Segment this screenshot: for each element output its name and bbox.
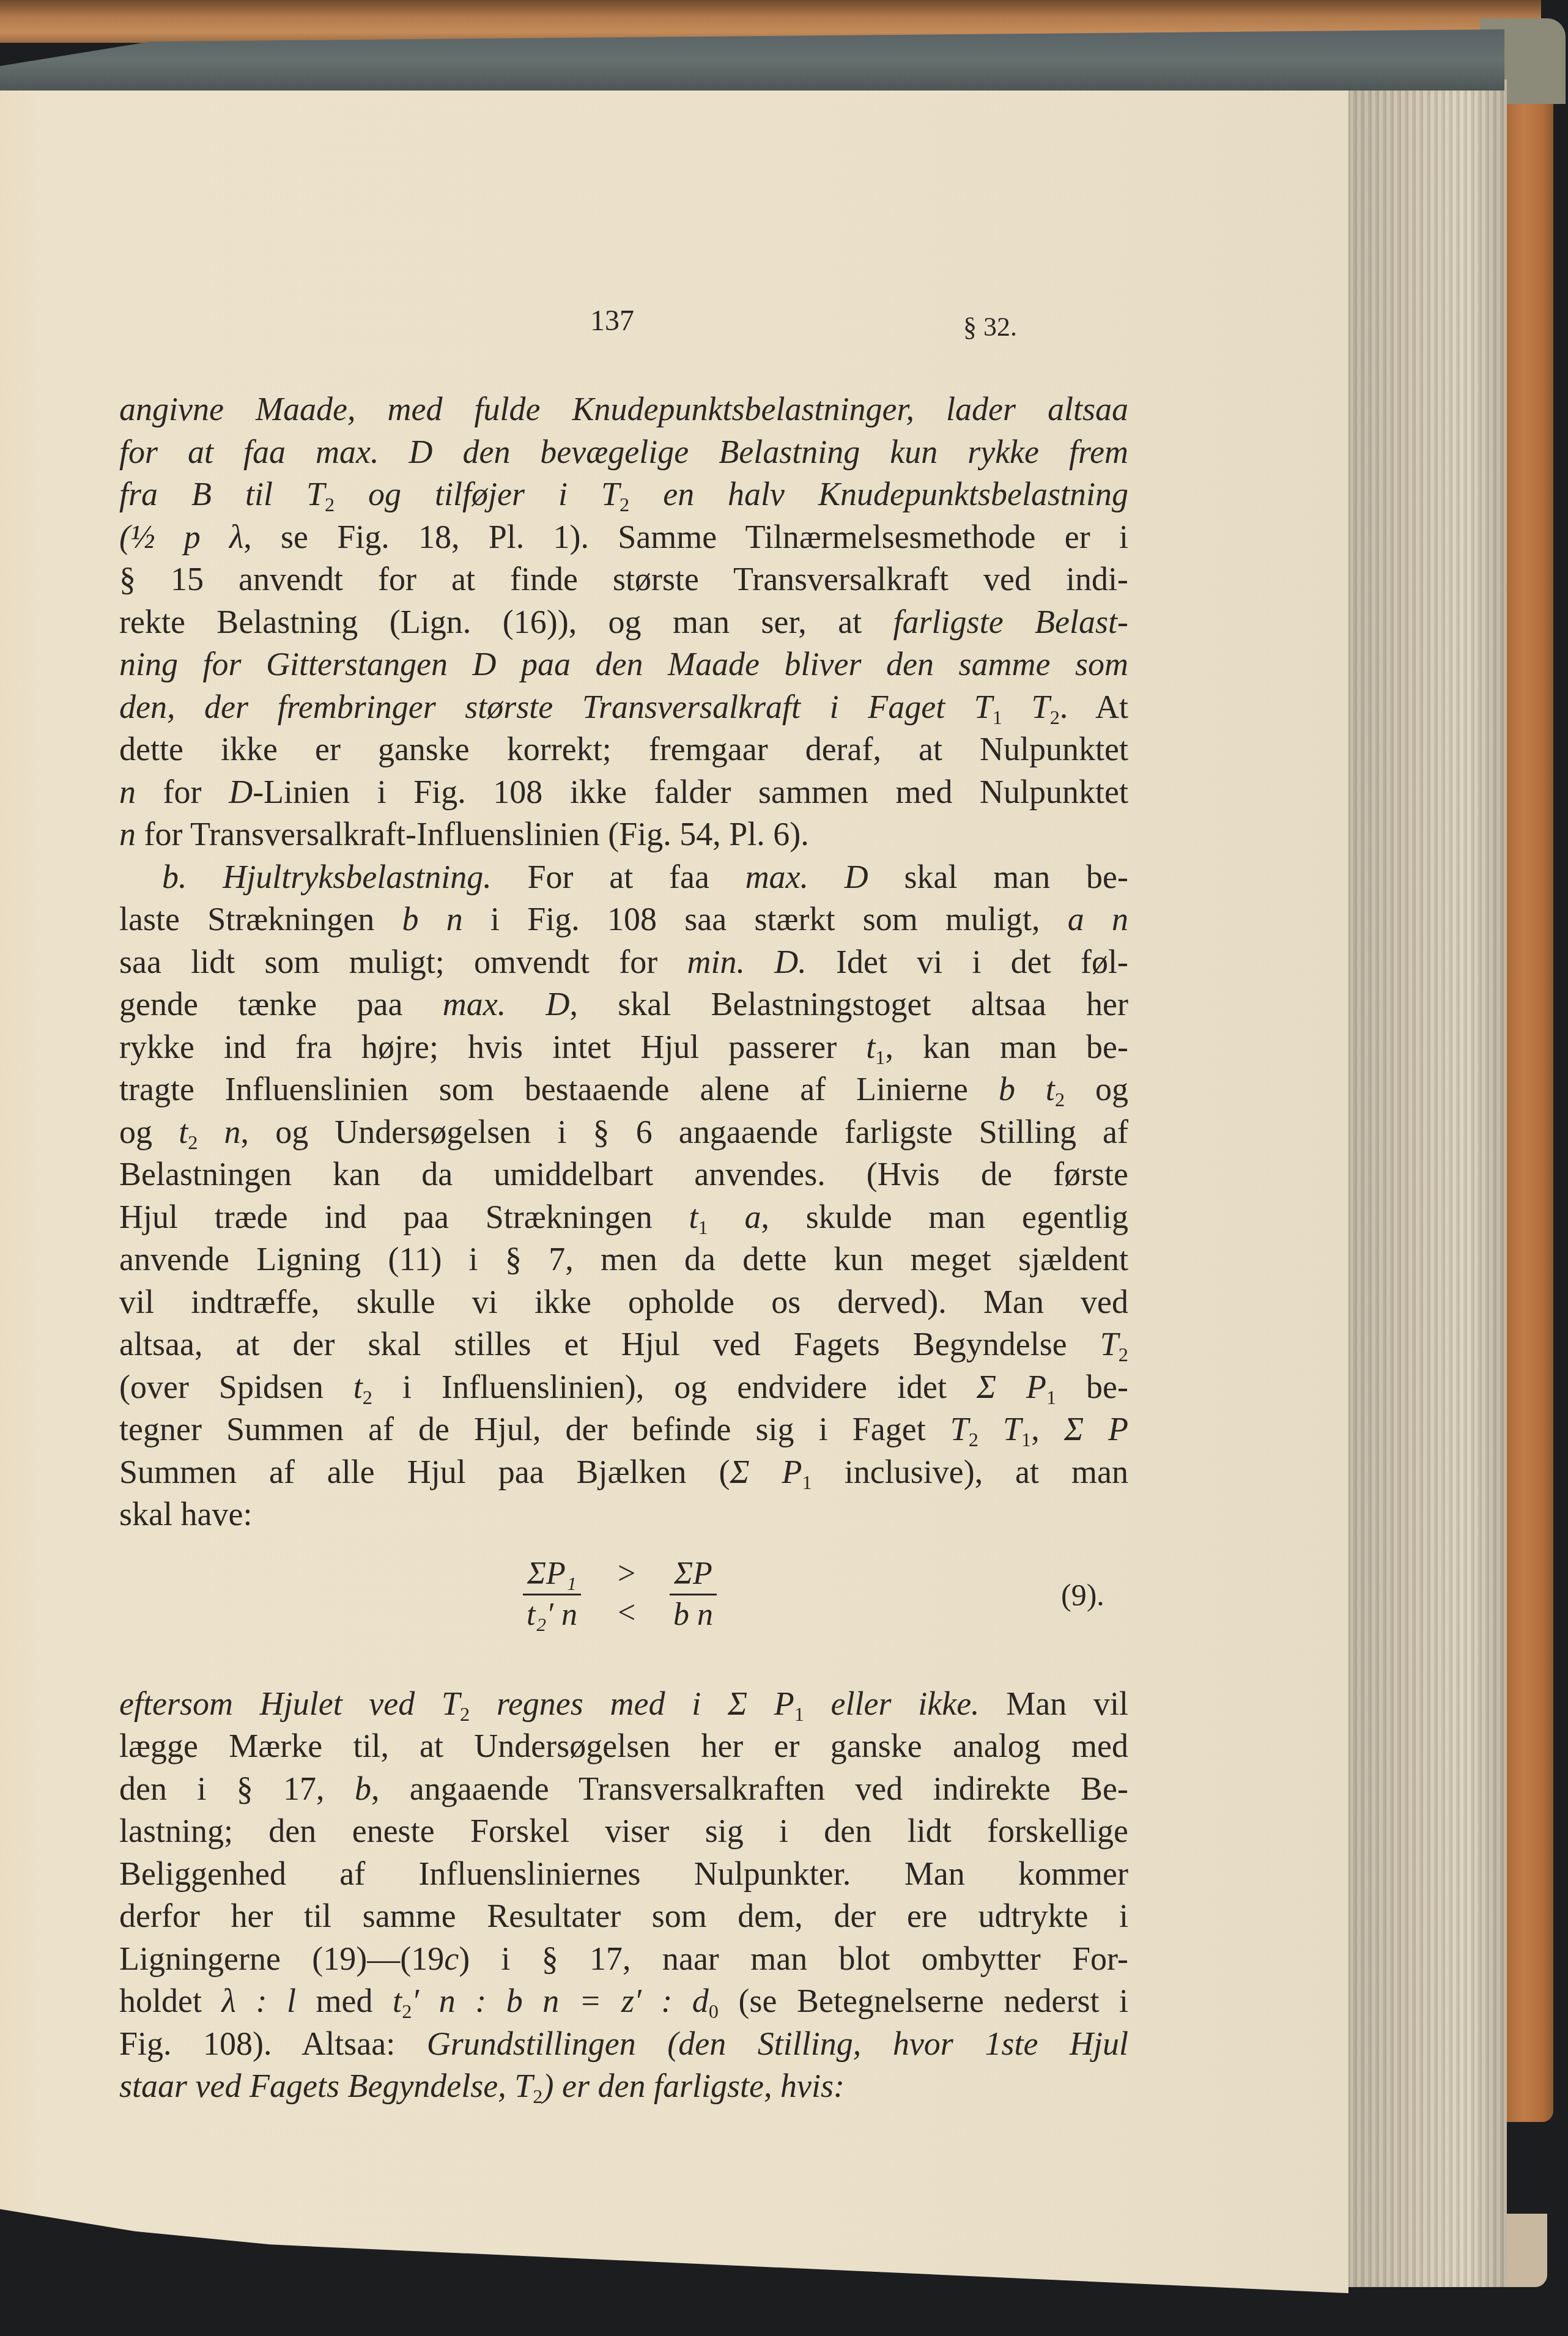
- text-segment: tegner Summen af de Hjul, der befinde si…: [119, 1411, 950, 1447]
- text-segment: rekte Belastning (Lign. (16)), og man se…: [119, 604, 893, 640]
- text-line: (over Spidsen t2 i Influenslinien), og e…: [119, 1366, 1128, 1409]
- text-segment: for at faa max. D den bevægelige Belastn…: [119, 434, 1128, 470]
- text-segment: t: [179, 1114, 188, 1150]
- text-segment: (½ p λ: [119, 519, 243, 555]
- text-line: holdet λ : l med t2′ n : b n = z′ : d0 (…: [119, 1980, 1128, 2023]
- text-segment: skal have:: [119, 1496, 252, 1532]
- text-block: 137 § 32. angivne Maade, med fulde Knude…: [119, 287, 1128, 2108]
- text-segment: , skulde man egentlig: [761, 1199, 1128, 1235]
- subscript: 1: [1021, 1429, 1031, 1451]
- text-segment: b n: [402, 901, 462, 937]
- text-segment: inclusive), at man: [812, 1454, 1128, 1490]
- text-segment: Beliggenhed af Influensliniernes Nulpunk…: [119, 1855, 1128, 1892]
- text-line: Beliggenhed af Influensliniernes Nulpunk…: [119, 1853, 1128, 1896]
- subscript: 2: [1050, 706, 1060, 728]
- text-segment: max. D: [443, 986, 570, 1022]
- text-line: Belastningen kan da umiddelbart anvendes…: [119, 1153, 1128, 1196]
- text-segment: T: [950, 1411, 969, 1447]
- text-line: Fig. 108). Altsaa: Grundstillingen (den …: [119, 2023, 1128, 2066]
- text-line: rekte Belastning (Lign. (16)), og man se…: [119, 601, 1128, 644]
- text-segment: min. D.: [687, 944, 807, 980]
- paragraph-before-equation: angivne Maade, med fulde Knudepunktsbela…: [119, 388, 1128, 1536]
- text-segment: staar ved Fagets Begyndelse, T: [119, 2068, 533, 2104]
- subscript: 2: [188, 1131, 198, 1153]
- subscript: 2: [402, 2001, 412, 2023]
- text-segment: T: [978, 1411, 1021, 1447]
- text-segment: , se Fig. 18, Pl. 1). Samme Tilnærmelses…: [243, 519, 1128, 555]
- fraction-numerator: ΣP₁: [523, 1554, 580, 1594]
- subscript: 0: [709, 2001, 719, 2023]
- text-segment: ) i § 17, naar man blot ombytter For-: [459, 1940, 1128, 1977]
- text-segment: Man vil: [980, 1685, 1128, 1722]
- subscript: 1: [802, 1471, 812, 1493]
- subscript: 1: [875, 1046, 885, 1068]
- text-line: lastning; den eneste Forskel viser sig i…: [119, 1810, 1128, 1853]
- text-segment: n: [119, 816, 136, 852]
- text-segment: Hjul træde ind paa Strækningen: [119, 1199, 689, 1235]
- text-segment: ) er den farligste, hvis:: [543, 2068, 845, 2104]
- subscript: 2: [1055, 1089, 1065, 1111]
- text-segment: t: [689, 1199, 698, 1235]
- text-segment: b t: [999, 1071, 1055, 1107]
- subscript: 2: [363, 1386, 372, 1408]
- subscript: 1: [794, 1703, 804, 1725]
- text-line: og t2 n, og Undersøgelsen i § 6 angaaend…: [119, 1111, 1128, 1154]
- page-fore-edge: [1345, 79, 1507, 2287]
- text-line: ning for Gitterstangen D paa den Maade b…: [119, 643, 1128, 686]
- text-segment: D: [229, 774, 253, 810]
- text-segment: , skal Belastningstoget altsaa her: [570, 986, 1129, 1022]
- text-segment: , kan man be-: [885, 1029, 1128, 1065]
- text-line: gende tænke paa max. D, skal Belastnings…: [119, 983, 1128, 1026]
- text-segment: Belastningen kan da umiddelbart anvendes…: [119, 1156, 1128, 1192]
- subscript: 2: [460, 1703, 470, 1725]
- text-segment: fra B til T: [119, 476, 325, 512]
- text-segment: tragte Influenslinien som bestaaende ale…: [119, 1071, 999, 1107]
- text-segment: (se Betegnelserne nederst i: [719, 1983, 1128, 2019]
- text-segment: lastning; den eneste Forskel viser sig i…: [119, 1813, 1128, 1849]
- fraction-left: ΣP₁ t₂′ n: [523, 1554, 581, 1635]
- equation-9: ΣP₁ t₂′ n > < ΣP b n (9).: [119, 1548, 1128, 1658]
- text-segment: og: [1065, 1071, 1128, 1107]
- section-mark: § 32.: [963, 306, 1017, 349]
- text-segment: b: [355, 1770, 371, 1807]
- subscript: 1: [698, 1216, 708, 1238]
- text-line: n for D-Linien i Fig. 108 ikke falder sa…: [119, 771, 1128, 814]
- text-segment: dette ikke er ganske korrekt; fremgaar d…: [119, 731, 1128, 767]
- text-segment: holdet: [119, 1983, 222, 2019]
- text-segment: For at faa: [492, 859, 745, 895]
- text-line: tragte Influenslinien som bestaaende ale…: [119, 1068, 1128, 1111]
- paragraph-after-equation: eftersom Hjulet ved T2 regnes med i Σ P1…: [119, 1683, 1128, 2108]
- text-line: n for Transversalkraft-Influenslinien (F…: [119, 813, 1128, 856]
- text-line: angivne Maade, med fulde Knudepunktsbela…: [119, 388, 1128, 431]
- text-line: skal have:: [119, 1493, 1128, 1536]
- text-segment: angivne Maade, med fulde Knudepunktsbela…: [119, 391, 1128, 427]
- running-head: 137 § 32.: [119, 287, 1128, 355]
- text-line: dette ikke er ganske korrekt; fremgaar d…: [119, 728, 1128, 771]
- equation-number: (9).: [1061, 1574, 1104, 1617]
- subscript: 1: [993, 706, 1002, 728]
- text-segment: den i § 17,: [119, 1770, 355, 1807]
- text-segment: lægge Mærke til, at Undersøgelsen her er…: [119, 1728, 1128, 1764]
- text-line: Summen af alle Hjul paa Bjælken (Σ P1 in…: [119, 1451, 1128, 1494]
- text-line: Ligningerne (19)—(19c) i § 17, naar man …: [119, 1938, 1128, 1981]
- subscript: 2: [533, 2086, 542, 2108]
- text-segment: Σ P: [730, 1454, 802, 1490]
- text-line: vil indtræffe, skulle vi ikke opholde os…: [119, 1281, 1128, 1324]
- fraction-denominator: b n: [670, 1594, 717, 1635]
- text-segment: Grundstillingen (den Stilling, hvor 1ste…: [427, 2025, 1128, 2062]
- text-segment: eller ikke.: [804, 1685, 980, 1722]
- text-segment: laste Strækningen: [119, 901, 402, 937]
- subscript: 2: [619, 494, 629, 516]
- text-segment: for Transversalkraft-Influenslinien (Fig…: [136, 816, 809, 852]
- text-line: saa lidt som muligt; omvendt for min. D.…: [119, 941, 1128, 984]
- text-segment: § 15 anvendt for at finde største Transv…: [119, 561, 1128, 597]
- subscript: 2: [325, 494, 335, 516]
- text-segment: n: [119, 774, 136, 810]
- text-line: den i § 17, b, angaaende Transversalkraf…: [119, 1768, 1128, 1811]
- fraction-denominator: t₂′ n: [523, 1594, 581, 1635]
- text-line: Hjul træde ind paa Strækningen t1 a, sku…: [119, 1196, 1128, 1239]
- greater-than: >: [618, 1554, 635, 1594]
- text-segment: a: [708, 1199, 761, 1235]
- text-segment: Idet vi i det føl-: [807, 944, 1128, 980]
- text-segment: (over Spidsen: [119, 1369, 353, 1405]
- text-line: § 15 anvendt for at finde største Transv…: [119, 558, 1128, 601]
- text-segment: . At: [1060, 689, 1128, 725]
- text-segment: i Fig. 108 saa stærkt som muligt,: [463, 901, 1068, 937]
- text-segment: vil indtræffe, skulle vi ikke opholde os…: [119, 1284, 1128, 1320]
- text-segment: med: [296, 1983, 393, 2019]
- page-number: 137: [590, 300, 634, 342]
- text-line: for at faa max. D den bevægelige Belastn…: [119, 431, 1128, 474]
- text-segment: ning for Gitterstangen D paa den Maade b…: [119, 646, 1128, 682]
- text-segment: ′ n : b n = z′ : d: [412, 1983, 708, 2019]
- text-line: staar ved Fagets Begyndelse, T2) er den …: [119, 2065, 1128, 2108]
- text-segment: -Linien i Fig. 108 ikke falder sammen me…: [253, 774, 1128, 810]
- text-segment: eftersom Hjulet ved T: [119, 1685, 460, 1722]
- text-segment: be-: [1056, 1369, 1128, 1405]
- text-segment: og tilføjer i T: [335, 476, 619, 512]
- text-segment: ,: [1031, 1411, 1064, 1447]
- text-segment: gende tænke paa: [119, 986, 443, 1022]
- text-line: (½ p λ, se Fig. 18, Pl. 1). Samme Tilnær…: [119, 516, 1128, 559]
- text-segment: T: [1100, 1326, 1119, 1362]
- text-line: lægge Mærke til, at Undersøgelsen her er…: [119, 1725, 1128, 1768]
- text-segment: t: [353, 1369, 363, 1405]
- fraction-right: ΣP b n: [670, 1554, 717, 1635]
- subscript: 2: [969, 1429, 978, 1451]
- text-segment: Ligningerne (19)—(19: [119, 1940, 444, 1977]
- text-segment: regnes med i Σ P: [470, 1685, 794, 1722]
- less-than: <: [618, 1594, 635, 1633]
- text-segment: b. Hjultryksbelastning.: [162, 859, 492, 895]
- text-line: den, der frembringer største Transversal…: [119, 686, 1128, 729]
- text-segment: for: [136, 774, 229, 810]
- text-segment: rykke ind fra højre; hvis intet Hjul pas…: [119, 1029, 866, 1065]
- text-line: laste Strækningen b n i Fig. 108 saa stæ…: [119, 898, 1128, 941]
- fraction-numerator: ΣP: [670, 1554, 716, 1594]
- text-line: altsaa, at der skal stilles et Hjul ved …: [119, 1323, 1128, 1366]
- text-segment: Fig. 108). Altsaa:: [119, 2025, 427, 2062]
- text-segment: i Influenslinien), og endvidere idet: [372, 1369, 977, 1405]
- text-segment: Σ P: [1064, 1411, 1128, 1447]
- text-segment: en halv Knudepunktsbelastning: [629, 476, 1128, 512]
- text-segment: max. D: [745, 859, 868, 895]
- text-segment: Σ P: [977, 1369, 1046, 1405]
- text-segment: , angaaende Transversalkraften ved indir…: [371, 1770, 1128, 1807]
- subscript: 2: [1119, 1344, 1128, 1366]
- text-segment: n: [198, 1114, 240, 1150]
- text-segment: og: [119, 1114, 179, 1150]
- text-segment: a n: [1068, 901, 1128, 937]
- text-segment: T: [1002, 689, 1050, 725]
- text-segment: Summen af alle Hjul paa Bjælken (: [119, 1454, 730, 1490]
- text-segment: saa lidt som muligt; omvendt for: [119, 944, 687, 980]
- text-segment: altsaa, at der skal stilles et Hjul ved …: [119, 1326, 1100, 1362]
- text-line: eftersom Hjulet ved T2 regnes med i Σ P1…: [119, 1683, 1128, 1726]
- text-line: b. Hjultryksbelastning. For at faa max. …: [119, 856, 1128, 899]
- text-segment: , og Undersøgelsen i § 6 angaaende farli…: [241, 1114, 1128, 1150]
- text-segment: t: [393, 1983, 402, 2019]
- text-segment: t: [866, 1029, 875, 1065]
- text-line: rykke ind fra højre; hvis intet Hjul pas…: [119, 1026, 1128, 1069]
- text-segment: den, der frembringer største Transversal…: [119, 689, 993, 725]
- text-segment: derfor her til samme Resultater som dem,…: [119, 1898, 1128, 1934]
- book-binding-right: [1504, 55, 1553, 2122]
- text-line: fra B til T2 og tilføjer i T2 en halv Kn…: [119, 473, 1128, 516]
- text-segment: farligste Belast-: [893, 604, 1128, 640]
- subscript: 1: [1046, 1386, 1056, 1408]
- text-line: derfor her til samme Resultater som dem,…: [119, 1895, 1128, 1938]
- relation-signs: > <: [618, 1554, 635, 1633]
- text-segment: λ : l: [222, 1983, 296, 2019]
- text-line: anvende Ligning (11) i § 7, men da dette…: [119, 1238, 1128, 1281]
- text-segment: anvende Ligning (11) i § 7, men da dette…: [119, 1241, 1128, 1277]
- text-line: tegner Summen af de Hjul, der befinde si…: [119, 1408, 1128, 1451]
- text-segment: skal man be-: [868, 859, 1128, 895]
- text-segment: c: [444, 1940, 459, 1977]
